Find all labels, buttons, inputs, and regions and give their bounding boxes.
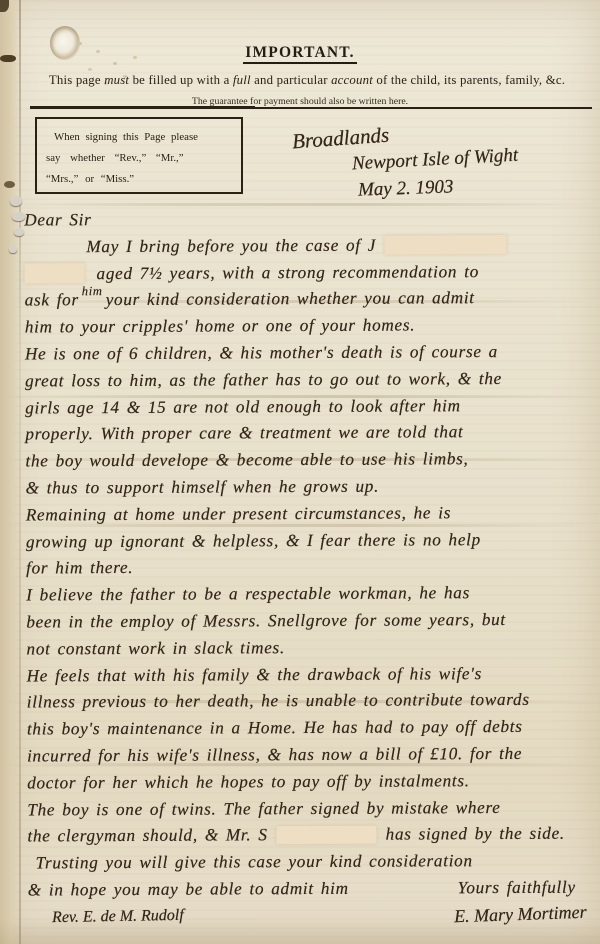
letter-line: & thus to support himself when he grows … xyxy=(26,472,596,502)
letter-line: properly. With proper care & treatment w… xyxy=(25,419,595,449)
letter-line: the boy would develope & become able to … xyxy=(25,446,595,476)
signing-instructions-box: When signing this Page please say whethe… xyxy=(35,117,243,194)
instruction-segment: full xyxy=(233,73,251,87)
instruction-segment: This page xyxy=(49,73,104,87)
instruction-segment: of the child, its parents, family, &c. xyxy=(373,73,565,87)
left-fold-crease xyxy=(19,0,21,944)
instruction-segment: be filled up with a xyxy=(129,73,233,87)
paper-damage xyxy=(14,228,24,236)
divider-rule-thin xyxy=(252,107,592,109)
signing-box-line: When signing this Page please xyxy=(46,127,232,148)
edge-stain xyxy=(4,181,15,188)
letter-line: not constant work in slack times. xyxy=(26,633,596,663)
signing-box-line: say whether “Rev.,” “Mr.,” xyxy=(46,148,232,169)
redaction xyxy=(24,263,84,283)
letter-line: He is one of 6 children, & his mother's … xyxy=(25,338,595,368)
important-heading: IMPORTANT. xyxy=(0,44,600,62)
letter-line: Trusting you will give this case your ki… xyxy=(28,848,598,878)
letterhead-place: Broadlands xyxy=(291,123,390,155)
paper-damage xyxy=(9,246,17,253)
letter-line-text: the clergyman should, & Mr. S xyxy=(27,826,267,846)
letter-line: ask forhimyour kind consideration whethe… xyxy=(25,285,595,315)
paper-damage xyxy=(12,212,25,221)
letterhead-date: May 2. 1903 xyxy=(358,176,454,201)
letter-line: illness previous to her death, he is una… xyxy=(27,687,597,717)
letter-line: Remaining at home under present circumst… xyxy=(26,499,596,529)
letter-line: I believe the father to be a respectable… xyxy=(26,580,596,610)
letter-line: this boy's maintenance in a Home. He has… xyxy=(27,714,597,744)
letter-line: the clergyman should, & Mr. Shas signed … xyxy=(27,821,597,851)
letter-line: growing up ignorant & helpless, & I fear… xyxy=(26,526,596,556)
letter-line: him to your cripples' home or one of you… xyxy=(25,312,595,342)
letter-line: girls age 14 & 15 are not old enough to … xyxy=(25,392,595,422)
letter-line: doctor for her which he hopes to pay off… xyxy=(27,767,597,797)
letter-line: He feels that with his family & the draw… xyxy=(27,660,597,690)
important-heading-text: IMPORTANT. xyxy=(243,44,356,64)
letter-line: for him there. xyxy=(26,553,596,583)
redaction xyxy=(384,235,506,255)
letter-line: been in the employ of Messrs. Snellgrove… xyxy=(26,606,596,636)
signing-box-line: “Mrs.,” or “Miss.” xyxy=(46,169,232,190)
letter-line: great loss to him, as the father has to … xyxy=(25,365,595,395)
letter-line-text: has signed by the side. xyxy=(386,824,565,844)
letter-line: incurred for his wife's illness, & has n… xyxy=(27,740,597,770)
letter-page: IMPORTANT. This page must be filled up w… xyxy=(0,0,600,944)
letter-line: May I bring before you the case of J xyxy=(24,231,594,261)
letter-line-text: May I bring before you the case of J xyxy=(86,235,376,256)
letter-line-text: ask for xyxy=(25,291,79,310)
letterhead-address: Newport Isle of Wight xyxy=(352,145,519,176)
instruction-segment: account xyxy=(331,73,373,87)
recipient-annotation: Rev. E. de M. Rudolf xyxy=(52,897,184,927)
divider-rule-heavy xyxy=(30,106,255,109)
inserted-word: him xyxy=(82,278,103,305)
instruction-segment: and particular xyxy=(251,73,331,87)
torn-left-edge xyxy=(0,0,20,944)
salutation: Dear Sir xyxy=(24,205,594,235)
signature-row: Rev. E. de M. Rudolf E. Mary Mortimer xyxy=(0,898,600,926)
instruction-text: This page must be filled up with a full … xyxy=(30,73,584,88)
instruction-segment: must xyxy=(104,73,129,87)
letter-line: aged 7½ years, with a strong recommendat… xyxy=(24,258,594,288)
letter-line: The boy is one of twins. The father sign… xyxy=(27,794,597,824)
letter-line-text: aged 7½ years, with a strong recommendat… xyxy=(96,262,479,283)
redaction xyxy=(277,826,377,845)
letter-line-text: your kind consideration whether you can … xyxy=(106,289,475,310)
signature: E. Mary Mortimer xyxy=(453,896,586,929)
letter-body: Dear Sir May I bring before you the case… xyxy=(24,205,598,905)
